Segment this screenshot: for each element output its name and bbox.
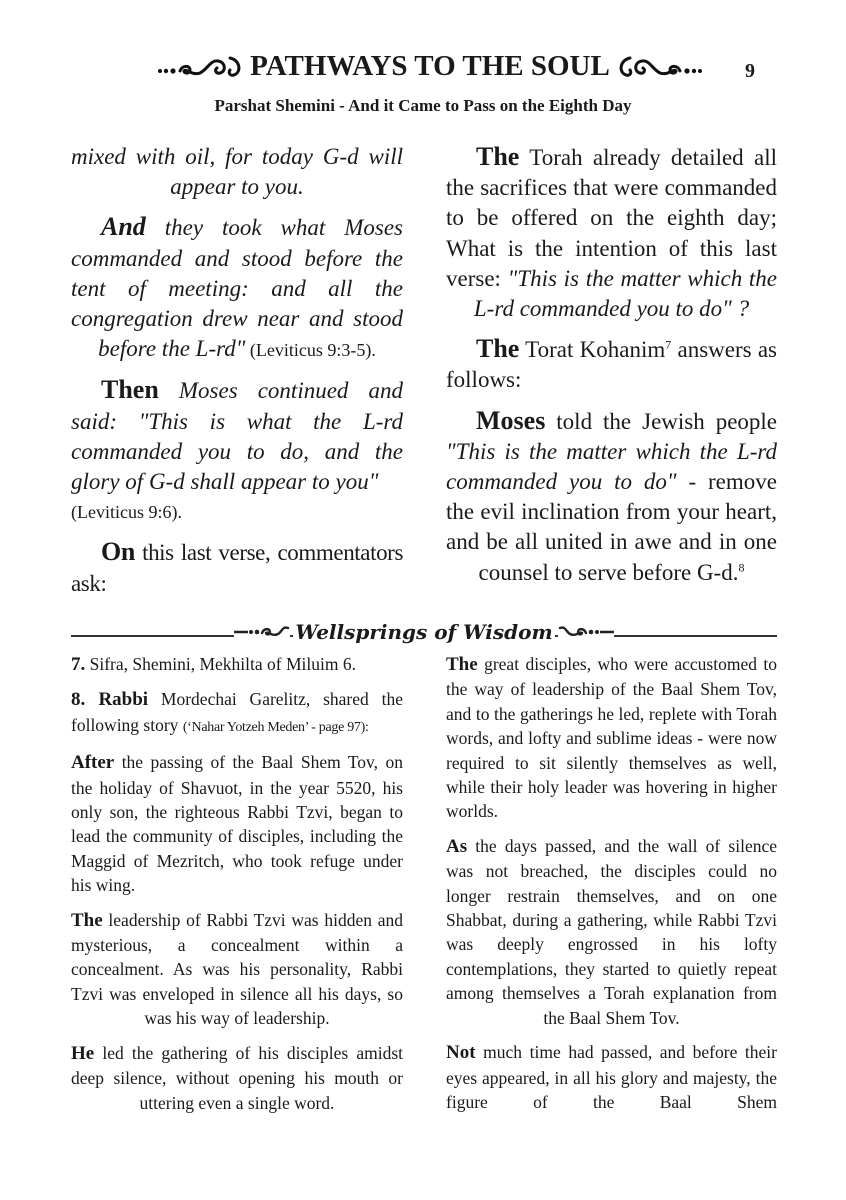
chapter-subtitle: Parshat Shemini - And it Came to Pass on…: [0, 96, 846, 116]
paragraph: On this last verse, commentators ask:: [71, 537, 403, 598]
footnotes-column-right: The great disciples, who were accustomed…: [446, 652, 777, 1124]
running-title-text: PATHWAYS TO THE SOUL: [250, 50, 610, 83]
flourish-right-icon: [614, 54, 704, 80]
section-divider: Wellsprings of Wisdom: [71, 622, 777, 648]
section-title: Wellsprings of Wisdom: [293, 620, 554, 644]
running-title: PATHWAYS TO THE SOUL: [130, 50, 730, 83]
lead-word: He: [71, 1043, 94, 1064]
page-number: 9: [745, 60, 755, 83]
paragraph: As the days passed, and the wall of sile…: [446, 834, 777, 1030]
flourish-right-icon: [558, 623, 614, 641]
footnote-7: 7. Sifra, Shemini, Mekhilta of Miluim 6.: [71, 652, 403, 677]
footnote-number: 7.: [71, 654, 85, 675]
main-column-left: mixed with oil, for today G-d will appea…: [71, 142, 403, 609]
paragraph: mixed with oil, for today G-d will appea…: [71, 142, 403, 202]
lead-word: The: [446, 654, 478, 675]
paragraph: And they took what Moses commanded and s…: [71, 212, 403, 365]
paragraph: Moses told the Jewish people "This is th…: [446, 406, 777, 588]
lead-word: The: [476, 142, 519, 171]
flourish-left-icon: [156, 54, 246, 80]
lead-word: Moses: [476, 406, 545, 435]
paragraph: The great disciples, who were accustomed…: [446, 652, 777, 824]
paragraph: Not much time had passed, and before the…: [446, 1040, 777, 1114]
main-column-right: The Torah already detailed all the sacri…: [446, 142, 777, 598]
paragraph: Then Moses continued and said: "This is …: [71, 375, 403, 527]
footnotes-column-left: 7. Sifra, Shemini, Mekhilta of Miluim 6.…: [71, 652, 403, 1125]
lead-word: Not: [446, 1042, 476, 1063]
page-header: PATHWAYS TO THE SOUL 9: [0, 50, 846, 96]
lead-word: And: [101, 212, 146, 241]
paragraph: After the passing of the Baal Shem Tov, …: [71, 750, 403, 897]
citation: (Leviticus 9:3-5).: [245, 340, 375, 360]
lead-word: The: [71, 910, 103, 931]
citation: (Leviticus 9:6).: [71, 497, 403, 527]
lead-word: The: [476, 334, 519, 363]
footnote-ref[interactable]: 8: [738, 560, 744, 574]
footnote-number: 8.: [71, 689, 85, 710]
footnote-8: 8. Rabbi Mordechai Garelitz, shared the …: [71, 687, 403, 740]
paragraph: The Torah already detailed all the sacri…: [446, 142, 777, 324]
lead-word: Then: [101, 375, 159, 404]
paragraph: He led the gathering of his disciples am…: [71, 1041, 403, 1115]
source-reference: (‘Nahar Yotzeh Meden’ - page 97):: [183, 720, 369, 735]
flourish-left-icon: [234, 623, 290, 641]
lead-word: After: [71, 752, 114, 773]
lead-word: On: [101, 537, 135, 566]
lead-word: Rabbi: [85, 689, 148, 710]
lead-word: As: [446, 836, 467, 857]
paragraph: The Torat Kohanim7 answers as follows:: [446, 334, 777, 395]
paragraph: The leadership of Rabbi Tzvi was hidden …: [71, 908, 403, 1031]
